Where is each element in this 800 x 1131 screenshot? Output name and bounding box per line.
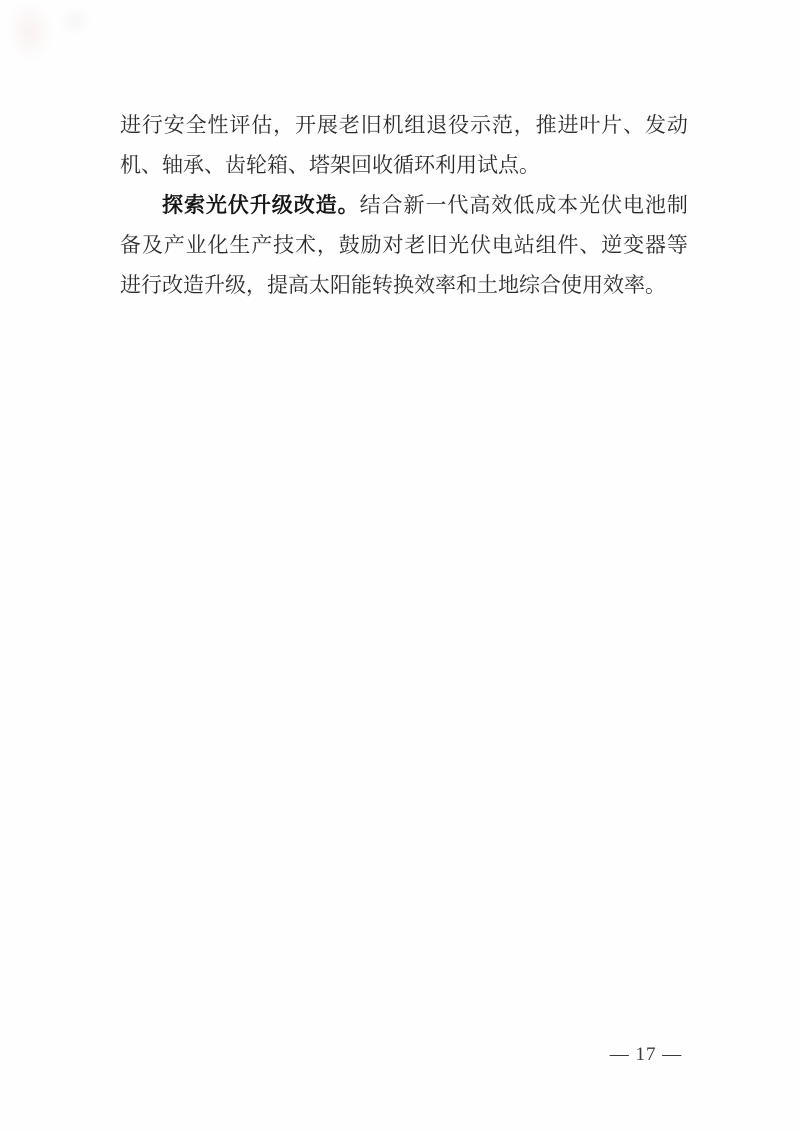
text-line: 进行安全性评估，开展老旧机组退役示范，推进叶片、发动 <box>120 104 688 144</box>
body-text: 进行安全性评估，开展老旧机组退役示范，推进叶片、发动 机、轴承、齿轮箱、塔架回收… <box>120 104 688 304</box>
text-line: 进行改造升级，提高太阳能转换效率和土地综合使用效率。 <box>120 264 688 304</box>
paragraph: 进行安全性评估，开展老旧机组退役示范，推进叶片、发动 机、轴承、齿轮箱、塔架回收… <box>120 104 688 184</box>
scan-artifact <box>58 6 92 36</box>
paragraph: 探索光伏升级改造。 结合新一代高效低成本光伏电池制 备及产业化生产技术，鼓励对老… <box>120 184 688 304</box>
text-line: 机、轴承、齿轮箱、塔架回收循环利用试点。 <box>120 144 688 184</box>
page-number: — 17 — <box>596 1044 696 1066</box>
text-line: 备及产业化生产技术，鼓励对老旧光伏电站组件、逆变器等 <box>120 224 688 264</box>
text-line: 探索光伏升级改造。 结合新一代高效低成本光伏电池制 <box>120 184 688 224</box>
document-page: 进行安全性评估，开展老旧机组退役示范，推进叶片、发动 机、轴承、齿轮箱、塔架回收… <box>0 0 800 1131</box>
scan-artifact <box>6 0 54 62</box>
